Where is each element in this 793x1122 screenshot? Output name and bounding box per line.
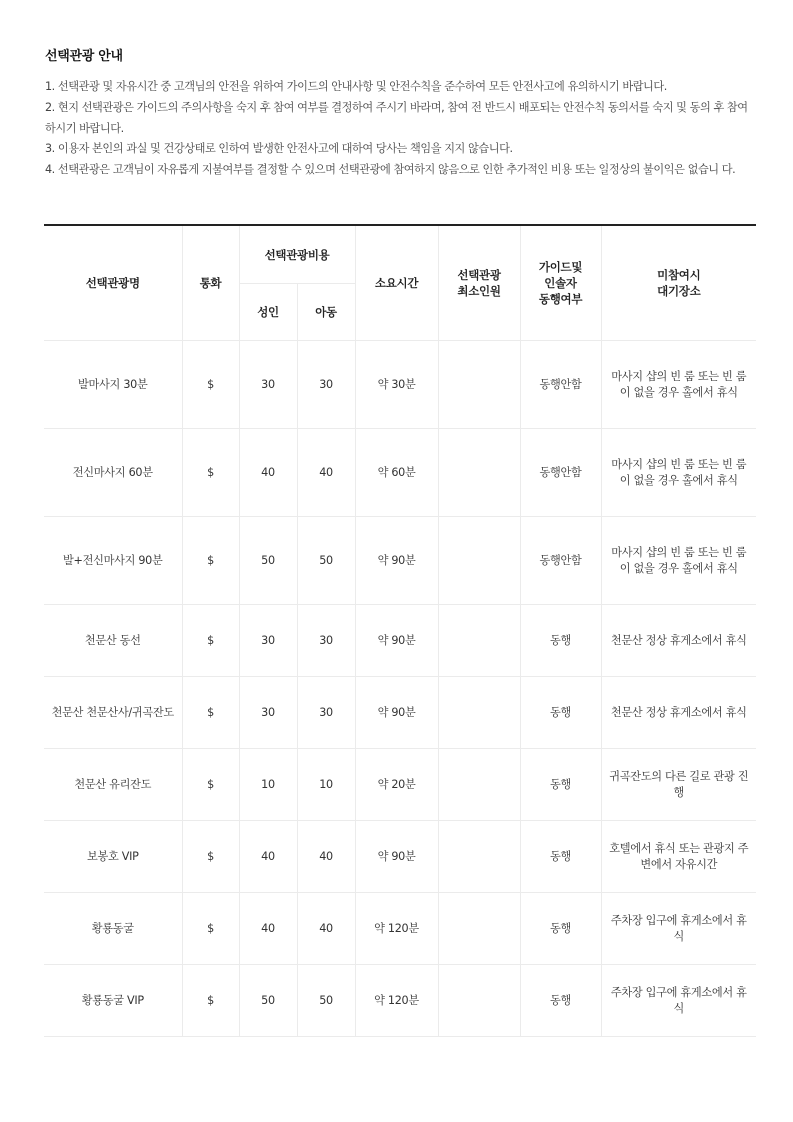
table-row: 보봉호 VIP $ 40 40 약 90분 동행 호텔에서 휴식 또는 관광지 … bbox=[44, 821, 756, 893]
section-title: 선택관광 안내 bbox=[45, 45, 123, 64]
waiting-place: 마사지 샵의 빈 룸 또는 빈 룸이 없을 경우 홀에서 휴식 bbox=[601, 517, 756, 605]
duration: 약 60분 bbox=[355, 429, 438, 517]
waiting-place: 귀곡잔도의 다른 길로 관광 진행 bbox=[601, 749, 756, 821]
table-row: 발+전신마사지 90분 $ 50 50 약 90분 동행안함 마사지 샵의 빈 … bbox=[44, 517, 756, 605]
child-price: 10 bbox=[297, 749, 355, 821]
notice-item: 1. 선택관광 및 자유시간 중 고객님의 안전을 위하여 가이드의 안내사항 … bbox=[45, 77, 757, 98]
optional-tour-table: 선택관광명 통화 선택관광비용 소요시간 선택관광 최소인원 가이드및 인솔자 … bbox=[44, 224, 756, 1037]
child-price: 40 bbox=[297, 821, 355, 893]
table-row: 발마사지 30분 $ 30 30 약 30분 동행안함 마사지 샵의 빈 룸 또… bbox=[44, 341, 756, 429]
min-people bbox=[438, 965, 520, 1037]
header-adult: 성인 bbox=[239, 284, 297, 341]
table-row: 황룡동굴 VIP $ 50 50 약 120분 동행 주차장 입구에 휴게소에서… bbox=[44, 965, 756, 1037]
currency: $ bbox=[182, 893, 239, 965]
duration: 약 90분 bbox=[355, 605, 438, 677]
currency: $ bbox=[182, 341, 239, 429]
guide-accompany: 동행 bbox=[520, 821, 601, 893]
child-price: 30 bbox=[297, 341, 355, 429]
header-currency: 통화 bbox=[182, 225, 239, 341]
guide-accompany: 동행 bbox=[520, 965, 601, 1037]
table-row: 천문산 천문산사/귀곡잔도 $ 30 30 약 90분 동행 천문산 정상 휴게… bbox=[44, 677, 756, 749]
tour-name: 보봉호 VIP bbox=[44, 821, 182, 893]
header-guide-accompany: 가이드및 인솔자 동행여부 bbox=[520, 225, 601, 341]
min-people bbox=[438, 893, 520, 965]
child-price: 50 bbox=[297, 965, 355, 1037]
currency: $ bbox=[182, 965, 239, 1037]
adult-price: 40 bbox=[239, 893, 297, 965]
adult-price: 30 bbox=[239, 677, 297, 749]
min-people bbox=[438, 341, 520, 429]
currency: $ bbox=[182, 677, 239, 749]
guide-accompany: 동행 bbox=[520, 749, 601, 821]
notice-item: 3. 이용자 본인의 과실 및 건강상태로 인하여 발생한 안전사고에 대하여 … bbox=[45, 139, 757, 160]
tour-name: 황룡동굴 bbox=[44, 893, 182, 965]
table-row: 황룡동굴 $ 40 40 약 120분 동행 주차장 입구에 휴게소에서 휴식 bbox=[44, 893, 756, 965]
header-child: 아동 bbox=[297, 284, 355, 341]
min-people bbox=[438, 749, 520, 821]
tour-name: 발+전신마사지 90분 bbox=[44, 517, 182, 605]
waiting-place: 주차장 입구에 휴게소에서 휴식 bbox=[601, 893, 756, 965]
waiting-place: 천문산 정상 휴게소에서 휴식 bbox=[601, 677, 756, 749]
adult-price: 50 bbox=[239, 965, 297, 1037]
header-cost: 선택관광비용 bbox=[239, 225, 355, 284]
min-people bbox=[438, 429, 520, 517]
adult-price: 40 bbox=[239, 429, 297, 517]
duration: 약 90분 bbox=[355, 821, 438, 893]
tour-name: 황룡동굴 VIP bbox=[44, 965, 182, 1037]
notice-list: 1. 선택관광 및 자유시간 중 고객님의 안전을 위하여 가이드의 안내사항 … bbox=[45, 77, 757, 181]
adult-price: 30 bbox=[239, 341, 297, 429]
min-people bbox=[438, 605, 520, 677]
currency: $ bbox=[182, 429, 239, 517]
waiting-place: 천문산 정상 휴게소에서 휴식 bbox=[601, 605, 756, 677]
duration: 약 120분 bbox=[355, 965, 438, 1037]
guide-accompany: 동행 bbox=[520, 893, 601, 965]
table-row: 천문산 동선 $ 30 30 약 90분 동행 천문산 정상 휴게소에서 휴식 bbox=[44, 605, 756, 677]
waiting-place: 마사지 샵의 빈 룸 또는 빈 룸이 없을 경우 홀에서 휴식 bbox=[601, 429, 756, 517]
header-tour-name: 선택관광명 bbox=[44, 225, 182, 341]
waiting-place: 호텔에서 휴식 또는 관광지 주변에서 자유시간 bbox=[601, 821, 756, 893]
tour-name: 천문산 천문산사/귀곡잔도 bbox=[44, 677, 182, 749]
duration: 약 20분 bbox=[355, 749, 438, 821]
tour-name: 전신마사지 60분 bbox=[44, 429, 182, 517]
adult-price: 30 bbox=[239, 605, 297, 677]
duration: 약 30분 bbox=[355, 341, 438, 429]
currency: $ bbox=[182, 821, 239, 893]
adult-price: 10 bbox=[239, 749, 297, 821]
waiting-place: 마사지 샵의 빈 룸 또는 빈 룸이 없을 경우 홀에서 휴식 bbox=[601, 341, 756, 429]
tour-name: 천문산 유리잔도 bbox=[44, 749, 182, 821]
header-waiting-place: 미참여시 대기장소 bbox=[601, 225, 756, 341]
child-price: 30 bbox=[297, 677, 355, 749]
notice-item: 4. 선택관광은 고객님이 자유롭게 지불여부를 결정할 수 있으며 선택관광에… bbox=[45, 160, 757, 181]
min-people bbox=[438, 517, 520, 605]
header-duration: 소요시간 bbox=[355, 225, 438, 341]
currency: $ bbox=[182, 517, 239, 605]
guide-accompany: 동행 bbox=[520, 677, 601, 749]
currency: $ bbox=[182, 605, 239, 677]
waiting-place: 주차장 입구에 휴게소에서 휴식 bbox=[601, 965, 756, 1037]
notice-item: 2. 현지 선택관광은 가이드의 주의사항을 숙지 후 참여 여부를 결정하여 … bbox=[45, 98, 757, 140]
header-min-people: 선택관광 최소인원 bbox=[438, 225, 520, 341]
tour-name: 천문산 동선 bbox=[44, 605, 182, 677]
min-people bbox=[438, 821, 520, 893]
child-price: 40 bbox=[297, 893, 355, 965]
tour-name: 발마사지 30분 bbox=[44, 341, 182, 429]
duration: 약 90분 bbox=[355, 517, 438, 605]
guide-accompany: 동행안함 bbox=[520, 341, 601, 429]
adult-price: 40 bbox=[239, 821, 297, 893]
currency: $ bbox=[182, 749, 239, 821]
duration: 약 90분 bbox=[355, 677, 438, 749]
guide-accompany: 동행안함 bbox=[520, 517, 601, 605]
table-row: 전신마사지 60분 $ 40 40 약 60분 동행안함 마사지 샵의 빈 룸 … bbox=[44, 429, 756, 517]
table-row: 천문산 유리잔도 $ 10 10 약 20분 동행 귀곡잔도의 다른 길로 관광… bbox=[44, 749, 756, 821]
child-price: 50 bbox=[297, 517, 355, 605]
guide-accompany: 동행 bbox=[520, 605, 601, 677]
duration: 약 120분 bbox=[355, 893, 438, 965]
child-price: 30 bbox=[297, 605, 355, 677]
adult-price: 50 bbox=[239, 517, 297, 605]
guide-accompany: 동행안함 bbox=[520, 429, 601, 517]
child-price: 40 bbox=[297, 429, 355, 517]
min-people bbox=[438, 677, 520, 749]
